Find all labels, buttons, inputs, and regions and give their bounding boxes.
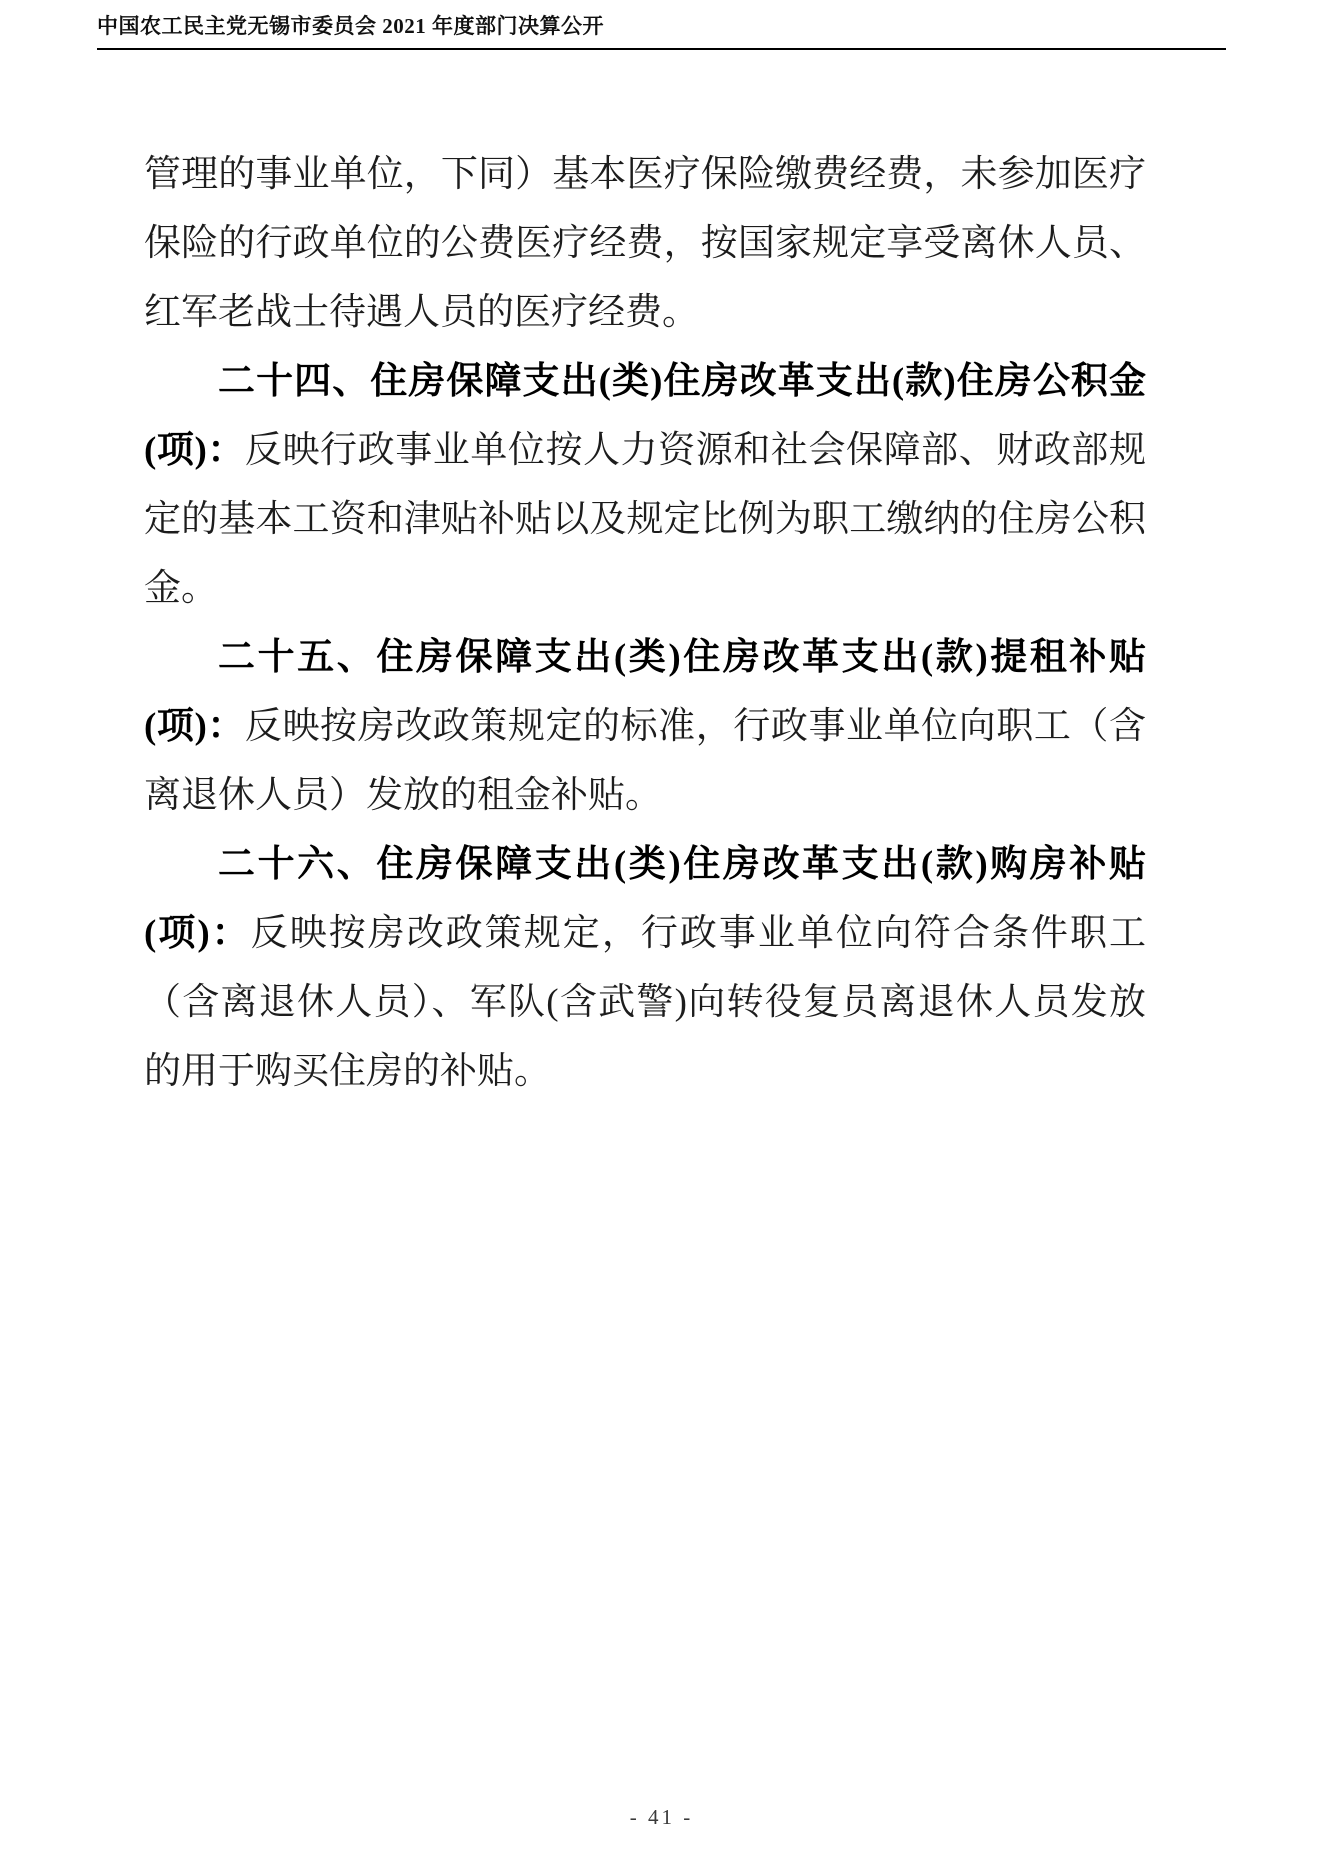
section-24-text: 反映行政事业单位按人力资源和社会保障部、财政部规定的基本工资和津贴补贴以及规定比… (144, 430, 1146, 609)
paragraph-section-25: 二十五、住房保障支出(类)住房改革支出(款)提租补贴(项)：反映按房改政策规定的… (144, 623, 1146, 830)
section-26-text: 反映按房改政策规定，行政事业单位向符合条件职工（含离退休人员）、军队(含武警)向… (144, 913, 1146, 1092)
document-body: 管理的事业单位，下同）基本医疗保险缴费经费，未参加医疗保险的行政单位的公费医疗经… (144, 140, 1146, 1106)
section-25-text: 反映按房改政策规定的标准，行政事业单位向职工（含离退休人员）发放的租金补贴。 (144, 706, 1146, 816)
document-header: 中国农工民主党无锡市委员会 2021 年度部门决算公开 (97, 14, 1226, 50)
paragraph-section-26: 二十六、住房保障支出(类)住房改革支出(款)购房补贴(项)：反映按房改政策规定，… (144, 830, 1146, 1106)
document-page: 中国农工民主党无锡市委员会 2021 年度部门决算公开 管理的事业单位，下同）基… (0, 0, 1323, 1871)
document-footer: - 41 - (0, 1805, 1323, 1830)
paragraph-text: 管理的事业单位，下同）基本医疗保险缴费经费，未参加医疗保险的行政单位的公费医疗经… (144, 154, 1146, 333)
paragraph-section-24: 二十四、住房保障支出(类)住房改革支出(款)住房公积金(项)：反映行政事业单位按… (144, 347, 1146, 623)
document-header-title: 中国农工民主党无锡市委员会 2021 年度部门决算公开 (97, 14, 604, 38)
page-number: - 41 - (630, 1805, 694, 1829)
paragraph-continuation: 管理的事业单位，下同）基本医疗保险缴费经费，未参加医疗保险的行政单位的公费医疗经… (144, 140, 1146, 347)
